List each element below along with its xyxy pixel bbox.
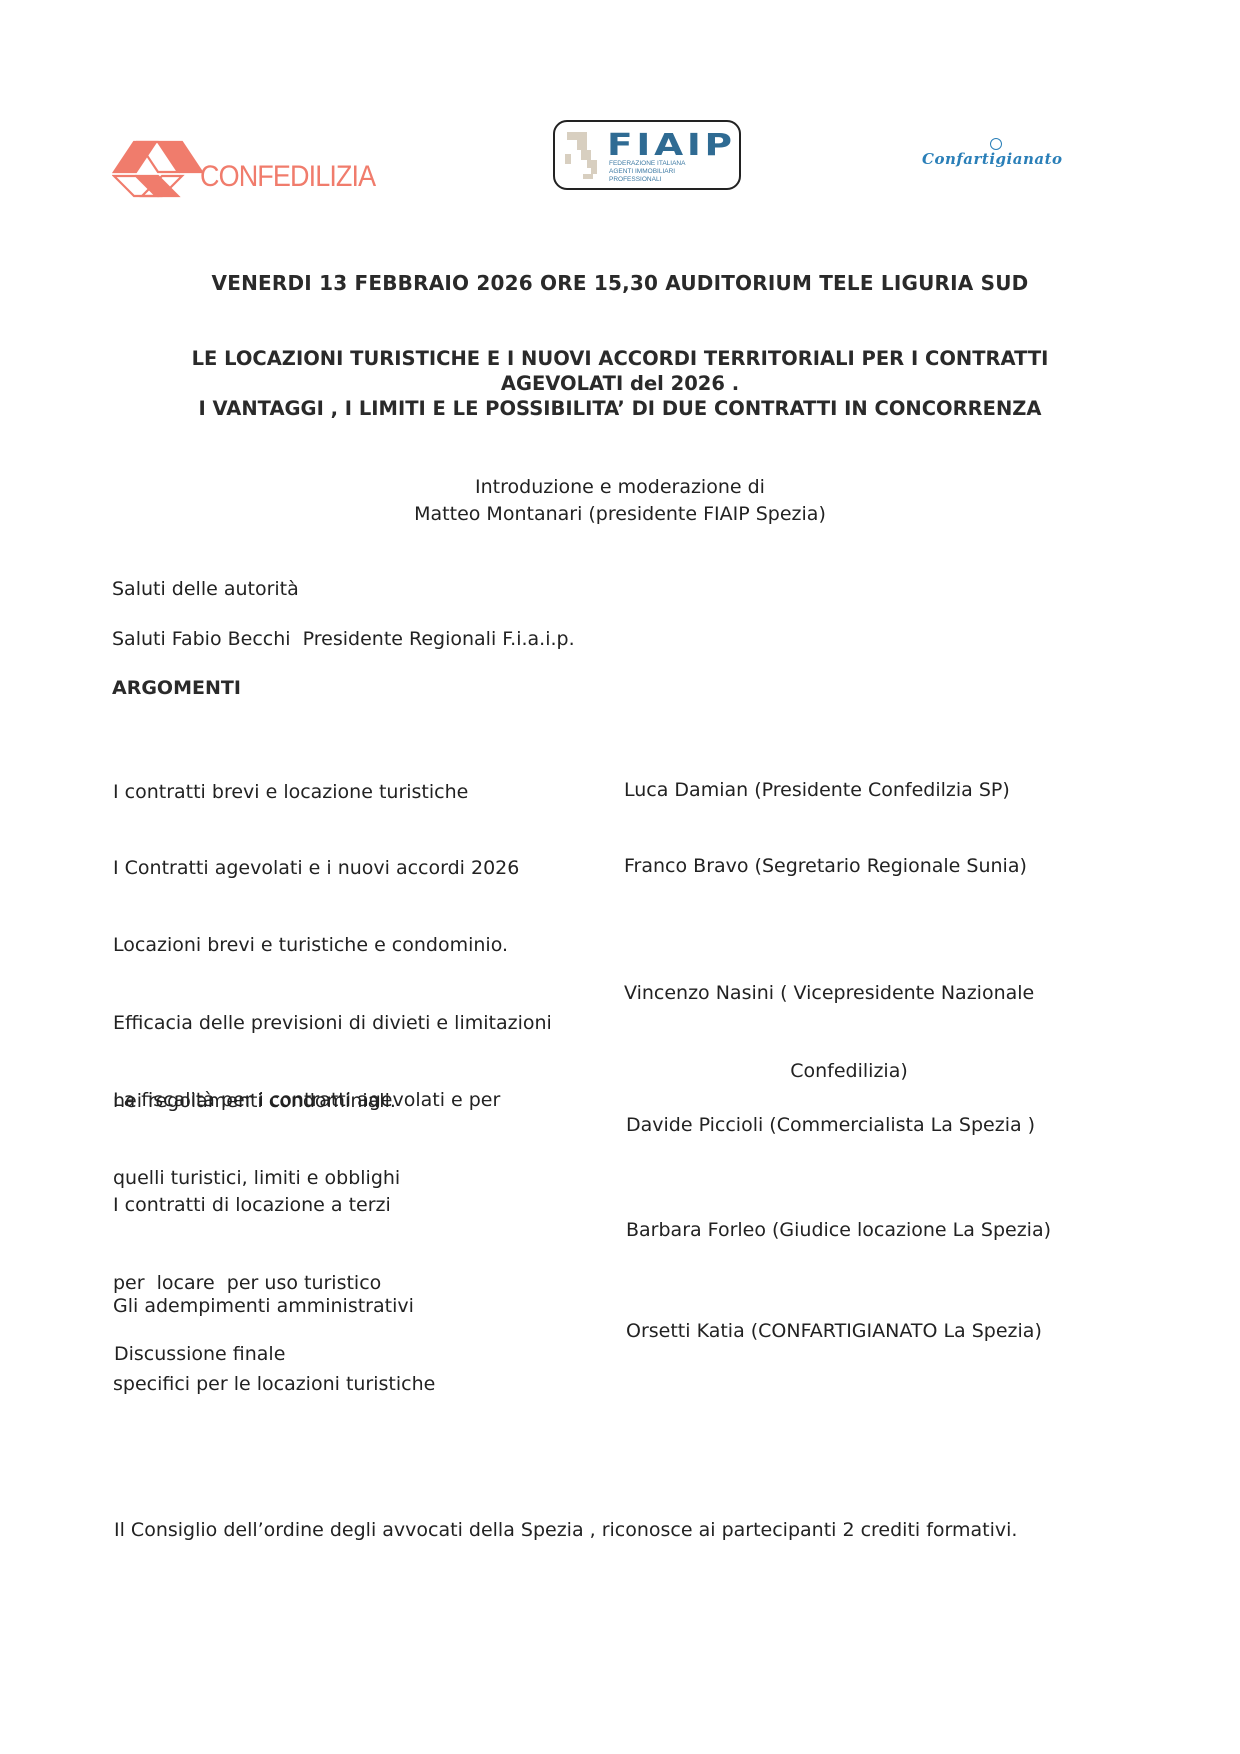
greeting-regional-president: Saluti Fabio Becchi Presidente Regionali… [112, 626, 575, 652]
greeting-authorities: Saluti delle autorità [112, 576, 299, 602]
fiaip-subtitle: FEDERAZIONE ITALIANA AGENTI IMMOBILIARI … [609, 160, 685, 184]
agenda-speaker: Franco Bravo (Segretario Regionale Sunia… [624, 801, 1027, 905]
confedilizia-logo: CONFEDILIZIA [112, 130, 372, 200]
agenda-topic: Gli adempimenti amministrativi specifici… [113, 1241, 435, 1423]
title-line: AGEVOLATI del 2026 . [0, 371, 1240, 396]
confartigianato-emblem-icon [990, 138, 1002, 150]
credits-note: Il Consiglio dell’ordine degli avvocati … [114, 1519, 1017, 1541]
confartigianato-logo: Confartigianato [922, 138, 1082, 178]
fiaip-wordmark: FIAIP [607, 128, 736, 163]
title-line: I VANTAGGI , I LIMITI E LE POSSIBILITA’ … [0, 396, 1240, 421]
confedilizia-emblem-icon [112, 130, 212, 200]
fiaip-logo: FIAIP FEDERAZIONE ITALIANA AGENTI IMMOBI… [553, 120, 741, 190]
title-line: LE LOCAZIONI TURISTICHE E I NUOVI ACCORD… [0, 346, 1240, 371]
agenda-speaker: Barbara Forleo (Giudice locazione La Spe… [626, 1165, 1051, 1269]
event-title: LE LOCAZIONI TURISTICHE E I NUOVI ACCORD… [0, 346, 1240, 421]
agenda-heading: ARGOMENTI [112, 677, 241, 699]
event-datetime-venue: VENERDI 13 FEBBRAIO 2026 ORE 15,30 AUDIT… [0, 271, 1240, 295]
confedilizia-wordmark: CONFEDILIZIA [200, 160, 375, 194]
confartigianato-wordmark: Confartigianato [922, 150, 1063, 168]
moderation-info: Introduzione e moderazione di Matteo Mon… [0, 474, 1240, 528]
italy-map-icon [563, 128, 605, 182]
agenda-speaker: Davide Piccioli (Commercialista La Spezi… [626, 1060, 1035, 1164]
closing-discussion: Discussione finale [114, 1343, 285, 1365]
agenda-speaker: Orsetti Katia (CONFARTIGIANATO La Spezia… [626, 1266, 1042, 1370]
